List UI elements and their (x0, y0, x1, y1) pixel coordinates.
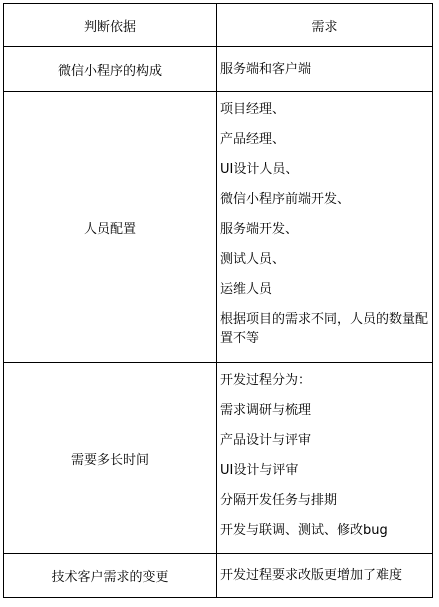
table-row: 微信小程序的构成 服务端和客户端 (4, 47, 433, 92)
row-basis-cell: 人员配置 (4, 92, 217, 363)
requirement-line: 运维人员 (220, 280, 430, 299)
requirement-line: 产品设计与评审 (220, 431, 430, 450)
header-basis: 判断依据 (4, 4, 217, 47)
table-row: 技术客户需求的变更 开发过程要求改版更增加了难度 (4, 554, 433, 598)
row-requirement-cell: 项目经理、 产品经理、 UI设计人员、 微信小程序前端开发、 服务端开发、 测试… (217, 92, 433, 363)
row-requirement-cell: 服务端和客户端 (217, 47, 433, 92)
row-requirement-cell: 开发过程要求改版更增加了难度 (217, 554, 433, 598)
requirement-line: UI设计人员、 (220, 160, 430, 179)
requirement-line: 分隔开发任务与排期 (220, 491, 430, 510)
requirement-line: UI设计与评审 (220, 461, 430, 480)
requirement-line: 开发与联调、测试、修改bug (220, 521, 430, 540)
requirement-line: 需求调研与梳理 (220, 401, 430, 420)
requirements-table: 判断依据 需求 微信小程序的构成 服务端和客户端 人员配置 项目经理、 产品经理… (3, 3, 433, 598)
row-basis-cell: 技术客户需求的变更 (4, 554, 217, 598)
table-row: 人员配置 项目经理、 产品经理、 UI设计人员、 微信小程序前端开发、 服务端开… (4, 92, 433, 363)
requirement-line: 根据项目的需求不同，人员的数量配置不等 (220, 310, 430, 348)
requirement-line: 测试人员、 (220, 250, 430, 269)
requirement-line: 微信小程序前端开发、 (220, 190, 430, 209)
table-row: 需要多长时间 开发过程分为： 需求调研与梳理 产品设计与评审 UI设计与评审 分… (4, 363, 433, 554)
requirement-line: 服务端开发、 (220, 220, 430, 239)
table-header-row: 判断依据 需求 (4, 4, 433, 47)
requirement-line: 项目经理、 (220, 100, 430, 119)
document-page: 判断依据 需求 微信小程序的构成 服务端和客户端 人员配置 项目经理、 产品经理… (0, 3, 439, 607)
requirement-line: 开发过程分为： (220, 371, 430, 390)
requirement-line: 产品经理、 (220, 130, 430, 149)
row-basis-cell: 需要多长时间 (4, 363, 217, 554)
requirement-line: 服务端和客户端 (220, 60, 430, 79)
header-requirement: 需求 (217, 4, 433, 47)
requirement-line: 开发过程要求改版更增加了难度 (220, 566, 430, 585)
row-requirement-cell: 开发过程分为： 需求调研与梳理 产品设计与评审 UI设计与评审 分隔开发任务与排… (217, 363, 433, 554)
row-basis-cell: 微信小程序的构成 (4, 47, 217, 92)
